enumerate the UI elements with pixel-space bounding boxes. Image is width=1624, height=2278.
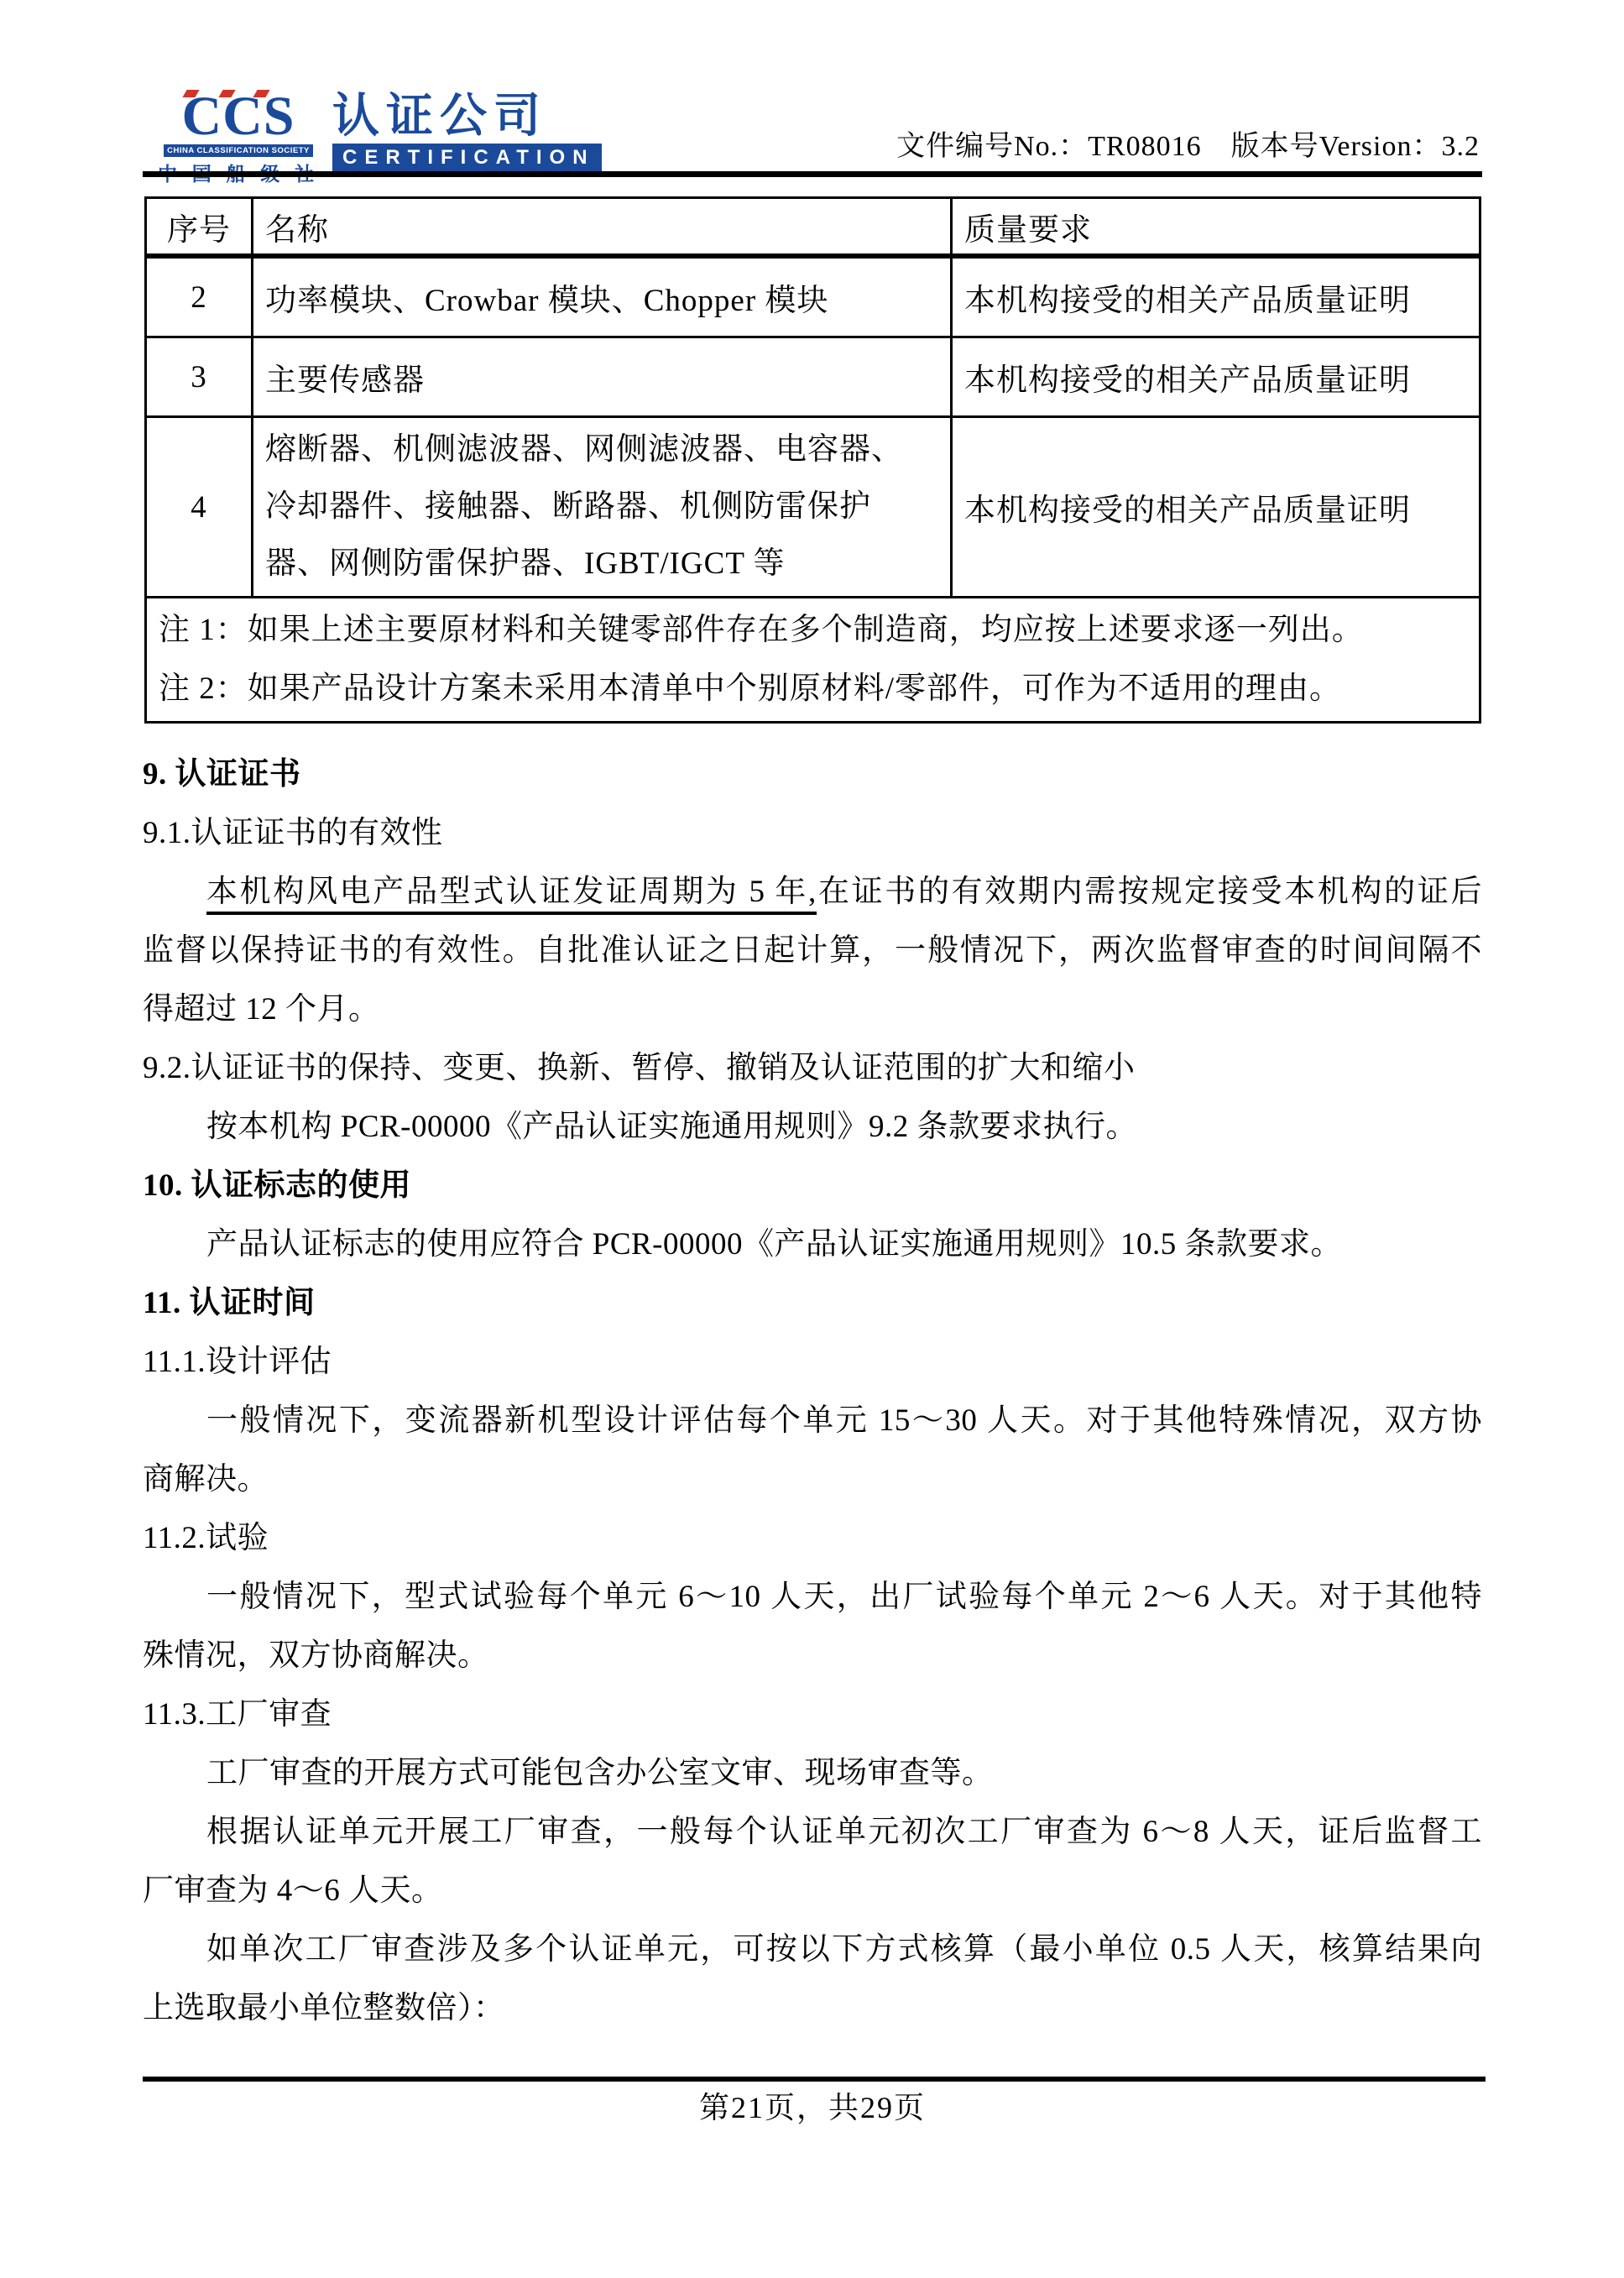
body-line: 一般情况下，型式试验每个单元 6～10 人天，出厂试验每个单元 2～6 人天。对… (143, 1568, 1482, 1627)
heading-10: 10. 认证标志的使用 (143, 1157, 1482, 1215)
heading-11: 11. 认证时间 (143, 1274, 1482, 1333)
note-2: 注 2：如果产品设计方案未采用本清单中个别原材料/零部件，可作为不适用的理由。 (159, 660, 1467, 718)
body-line: 得超过 12 个月。 (143, 980, 1482, 1039)
col-header-req: 质量要求 (952, 198, 1480, 257)
heading-11-1: 11.1.设计评估 (143, 1333, 1482, 1392)
notes-cell: 注 1：如果上述主要原材料和关键零部件存在多个制造商，均应按上述要求逐一列出。 … (146, 598, 1480, 723)
table-notes-row: 注 1：如果上述主要原材料和关键零部件存在多个制造商，均应按上述要求逐一列出。 … (146, 598, 1480, 723)
underlined-text: 本机构风电产品型式认证发证周期为 5 年, (206, 875, 817, 915)
cell-no: 4 (146, 417, 253, 598)
col-header-no: 序号 (146, 198, 253, 257)
cell-req: 本机构接受的相关产品质量证明 (952, 417, 1480, 598)
body-line-rest: 在证书的有效期内需按规定接受本机构的证后 (817, 875, 1482, 909)
ccs-logo-text: CCS (181, 92, 295, 141)
heading-9-1: 9.1.认证证书的有效性 (143, 804, 1482, 863)
cell-name: 功率模块、Crowbar 模块、Chopper 模块 (253, 256, 952, 337)
body-line: 商解决。 (143, 1450, 1482, 1509)
footer-rule (143, 2077, 1486, 2082)
body-line: 厂审查为 4～6 人天。 (143, 1862, 1482, 1920)
body-line: 工厂审查的开展方式可能包含办公室文审、现场审查等。 (143, 1744, 1482, 1803)
body-line: 一般情况下，变流器新机型设计评估每个单元 15～30 人天。对于其他特殊情况，双… (143, 1392, 1482, 1450)
heading-9-2: 9.2.认证证书的保持、变更、换新、暂停、撤销及认证范围的扩大和缩小 (143, 1039, 1482, 1098)
body-line: 按本机构 PCR-00000《产品认证实施通用规则》9.2 条款要求执行。 (143, 1098, 1482, 1157)
body-line: 上选取最小单位整数倍）： (143, 1979, 1482, 2038)
document-number: 文件编号No.：TR08016 版本号Version：3.2 (896, 123, 1480, 164)
materials-table: 序号 名称 质量要求 2 功率模块、Crowbar 模块、Chopper 模块 … (144, 196, 1481, 724)
cell-name-line: 冷却器件、接触器、断路器、机侧防雷保护 (265, 478, 938, 536)
cell-name: 熔断器、机侧滤波器、网侧滤波器、电容器、 冷却器件、接触器、断路器、机侧防雷保护… (253, 417, 952, 598)
body-line: 产品认证标志的使用应符合 PCR-00000《产品认证实施通用规则》10.5 条… (143, 1215, 1482, 1274)
body-text: 9. 认证证书 9.1.认证证书的有效性 本机构风电产品型式认证发证周期为 5 … (143, 745, 1482, 2038)
table-row: 4 熔断器、机侧滤波器、网侧滤波器、电容器、 冷却器件、接触器、断路器、机侧防雷… (146, 417, 1480, 598)
body-line: 如单次工厂审查涉及多个认证单元，可按以下方式核算（最小单位 0.5 人天，核算结… (143, 1920, 1482, 1979)
header-rule (143, 171, 1482, 177)
cell-no: 3 (146, 337, 253, 417)
cell-name-line: 熔断器、机侧滤波器、网侧滤波器、电容器、 (265, 421, 938, 478)
document-page: CCS CHINA CLASSIFICATION SOCIETY 中 国 船 级… (0, 0, 1624, 2278)
body-line: 本机构风电产品型式认证发证周期为 5 年,在证书的有效期内需按规定接受本机构的证… (143, 863, 1482, 922)
heading-11-3: 11.3.工厂审查 (143, 1685, 1482, 1744)
table-header-row: 序号 名称 质量要求 (146, 198, 1480, 257)
cell-name: 主要传感器 (253, 337, 952, 417)
body-line: 根据认证单元开展工厂审查，一般每个认证单元初次工厂审查为 6～8 人天，证后监督… (143, 1803, 1482, 1862)
cell-name-line: 器、网侧防雷保护器、IGBT/IGCT 等 (265, 536, 938, 593)
heading-9: 9. 认证证书 (143, 745, 1482, 804)
cell-req: 本机构接受的相关产品质量证明 (952, 256, 1480, 337)
company-name-cn: 认证公司 (332, 92, 602, 139)
table-row: 3 主要传感器 本机构接受的相关产品质量证明 (146, 337, 1480, 417)
table-row: 2 功率模块、Crowbar 模块、Chopper 模块 本机构接受的相关产品质… (146, 256, 1480, 337)
ccs-letters: CCS (181, 86, 295, 147)
company-name-en: CERTIFICATION (332, 144, 602, 173)
page-number: 第21页，共29页 (143, 2083, 1482, 2132)
body-line: 殊情况，双方协商解决。 (143, 1627, 1482, 1685)
col-header-name: 名称 (253, 198, 952, 257)
note-1: 注 1：如果上述主要原材料和关键零部件存在多个制造商，均应按上述要求逐一列出。 (159, 601, 1467, 660)
ccs-logo-right: 认证公司 CERTIFICATION (332, 92, 602, 173)
cell-no: 2 (146, 256, 253, 337)
cell-req: 本机构接受的相关产品质量证明 (952, 337, 1480, 417)
body-line: 监督以保持证书的有效性。自批准认证之日起计算，一般情况下，两次监督审查的时间间隔… (143, 922, 1482, 980)
heading-11-2: 11.2.试验 (143, 1509, 1482, 1568)
